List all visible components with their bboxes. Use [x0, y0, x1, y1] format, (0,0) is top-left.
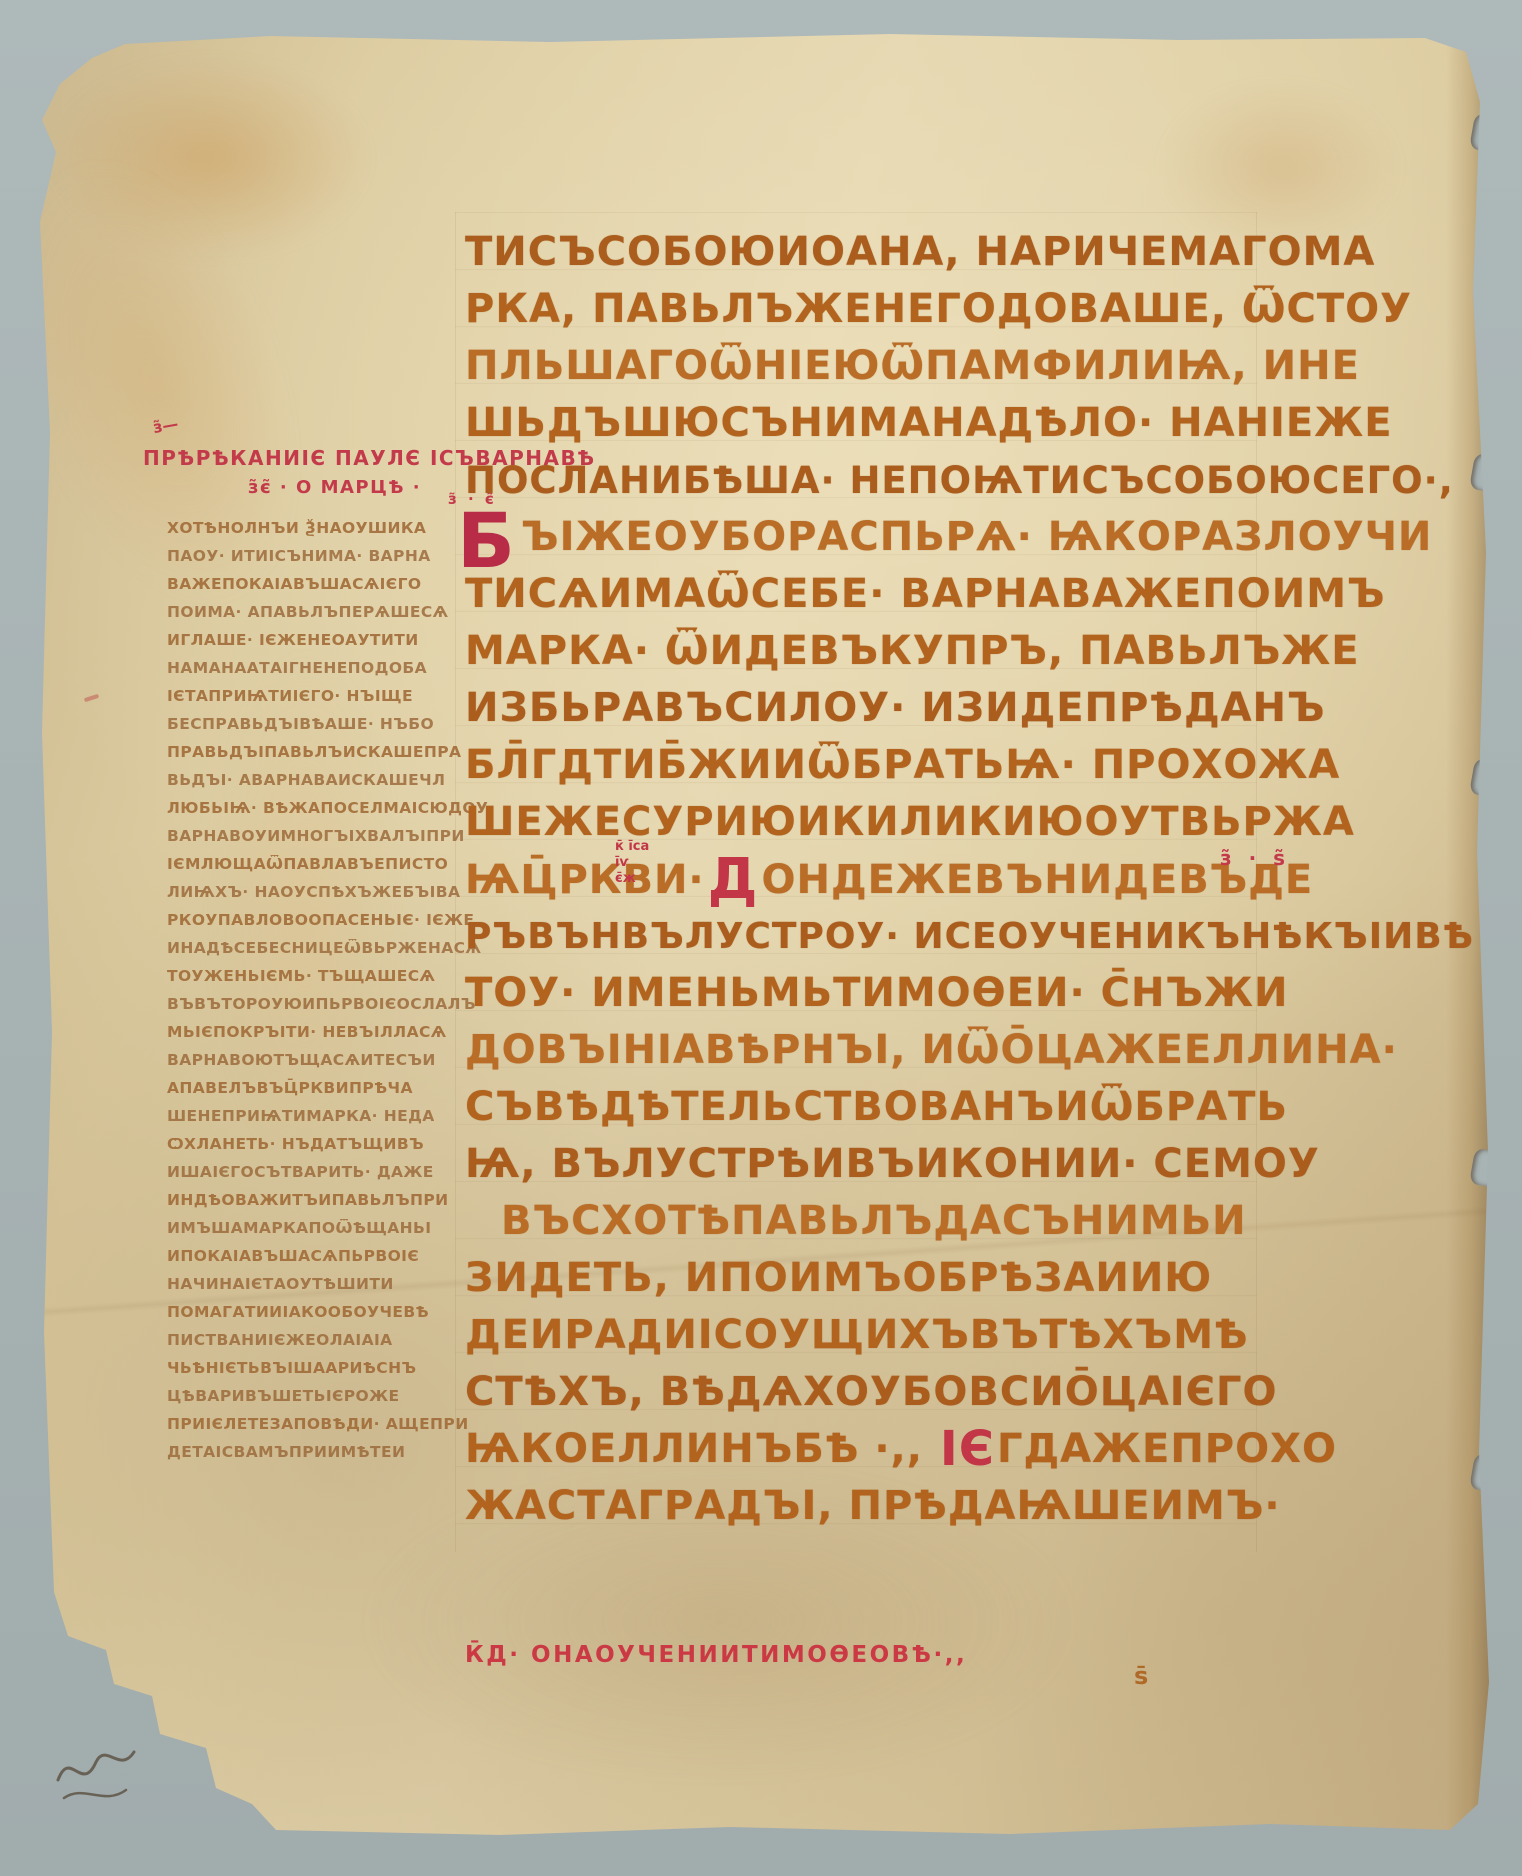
red-gloss-row: і̄ѵ — [615, 855, 695, 871]
margin-rubric-subtitle-text: · О МАРЦѢ · — [272, 477, 421, 498]
path — [64, 1790, 126, 1798]
margin-commentary-line: ИШАІЄГОСЪТВАРИТЬ· ДАЖЕ — [167, 1158, 467, 1186]
red-gloss: к̄ і̄саі̄ѵє̄ж — [615, 839, 695, 887]
rubricated-initial: ІЄ — [940, 1421, 995, 1477]
text-segment: ИЗБЬРАВЪСИЛОУ· ИЗИДЕПРѢДАНЪ — [465, 685, 1326, 731]
text-segment: ѨКОЕЛЛИНЪБѢ ·,, — [465, 1426, 938, 1472]
binding-notch — [1469, 453, 1503, 493]
margin-commentary-line: ІЄТАПРИѨТИІЄГО· НЪІЩЕ — [167, 682, 467, 710]
margin-commentary-line: ПОМАГАТИИІАКООБОУЧЕВѢ — [167, 1298, 467, 1326]
text-line: ШЕЖЕСУРИЮИКИЛИКИЮОУТВЬРЖА — [465, 794, 1255, 851]
path — [58, 1752, 134, 1780]
margin-commentary-line: ШЕНЕПРИѨТИМАРКА· НЕДА — [167, 1102, 467, 1130]
text-segment: ПОСЛАНИБѢША· НЕПОѨТИСЪСОБОЮСЕГО·, — [465, 459, 1454, 502]
margin-commentary-line: ВЪВЪТОРОУЮИПЬРВОІЄОСЛАЛЪ — [167, 990, 467, 1018]
text-segment: РЪВЪНВЪЛУСТРОУ· ИСЕОУЧЕНИКЪНѢКЪІИВѢ — [465, 916, 1474, 957]
margin-commentary-line: ѺХЛАНЕТЬ· НЪДАТЪЩИВЪ — [167, 1130, 467, 1158]
text-line: ВЪСХОТѢПАВЬЛЪДАСЪНИМЬИ — [465, 1193, 1255, 1250]
text-line: ИЗБЬРАВЪСИЛОУ· ИЗИДЕПРѢДАНЪ — [465, 680, 1255, 737]
text-line: СТѢХЪ, ВѢДѦХОУБОВСИО̄ЦАІЄГО — [465, 1364, 1255, 1421]
text-line: ШЬДЪШЮСЪНИМАНАДѢЛО· НАНІЕЖЕ — [465, 395, 1255, 452]
binding-notch — [1469, 113, 1503, 153]
manuscript-photo: з̃— ПРѢРѢКАНИІЄ ПАУЛЄ ІСЪВАРНАВѢ з̃є̃ · … — [0, 0, 1522, 1876]
text-line: ПЛЬШАГОѾНІЕЮѾПАМФИЛИѨ, ИНЕ — [465, 338, 1255, 395]
margin-commentary-line: ІЄМЛЮЩАѾПАВЛАВЪЕПИСТО — [167, 850, 467, 878]
margin-commentary-line: НАЧИНАІЄТАОУТѢШИТИ — [167, 1270, 467, 1298]
text-segment: ТОУ· ИМЕНЬМЬТИМОѲЕИ· С̄НЪЖИ — [465, 970, 1288, 1016]
text-segment: ВЪСХОТѢПАВЬЛЪДАСЪНИМЬИ — [501, 1198, 1247, 1244]
margin-commentary-line: НАМАНААТАІГНЕНЕПОДОБА — [167, 654, 467, 682]
margin-commentary-line: ЧЬѢНІЄТЬВЪІШААРИѢСНЪ — [167, 1354, 467, 1382]
margin-commentary-line: ВАЖЕПОКАІАВЪШАСѦІЄГО — [167, 570, 467, 598]
rubricated-initial: Д — [708, 847, 759, 912]
margin-commentary-line: ИНДѢОВАЖИТЪИПАВЬЛЪПРИ — [167, 1186, 467, 1214]
red-gloss-row: к̄ і̄са — [615, 839, 695, 855]
margin-commentary-line: ПРАВЬДЪІПАВЬЛЪИСКАШЕПРА — [167, 738, 467, 766]
margin-commentary-line: ИПОКАІАВЪШАСѦПЬРВОІЄ — [167, 1242, 467, 1270]
margin-commentary-line: ВАРНАВОУИМНОГЪІХВАЛЪІПРИ — [167, 822, 467, 850]
text-line: БЛ̄ГДТИБ̄ЖИИѾБРАТЬѨ· ПРОХОЖА — [465, 737, 1255, 794]
margin-commentary-line: ПАОУ· ИТИІСЪНИМА· ВАРНА — [167, 542, 467, 570]
text-line: ЗИДЕТЬ, ИПОИМЪОБРѢЗАИИЮ — [465, 1250, 1255, 1307]
text-segment: СЪВѢДѢТЕЛЬСТВОВАНЪИѾБРАТЬ — [465, 1084, 1288, 1130]
text-segment: ТИСѦИМАѾСЕБЕ· ВАРНАВАЖЕПОИМЪ — [465, 571, 1386, 617]
margin-commentary-line: ИГЛАШЕ· ІЄЖЕНЕОАУТИТИ — [167, 626, 467, 654]
text-segment: ШЬДЪШЮСЪНИМАНАДѢЛО· НАНІЕЖЕ — [465, 400, 1393, 446]
text-segment: Ѩ, ВЪЛУСТРѢИВЪИКОНИИ· СЕМОУ — [465, 1141, 1320, 1187]
text-line: ЖАСТАГРАДЪІ, ПРѢДАѨШЕИМЪ· — [465, 1478, 1255, 1535]
text-segment: ДЕИРАДИІСОУЩИХЪВЪТѢХЪМѢ — [465, 1312, 1249, 1358]
margin-rubric-subtitle: з̃є̃ · О МАРЦѢ · — [248, 477, 421, 498]
binding-notch — [1469, 1453, 1503, 1493]
margin-commentary-line: АПАВЕЛЪВЪЦ̄РКВИПРѢЧА — [167, 1074, 467, 1102]
margin-commentary-line: ЛИѨХЪ· НАОУСПѢХЪЖЕБЪІВА — [167, 878, 467, 906]
text-line: ѨЦ̄РКВИ·ДОНДЕЖЕВЪНИДЕВЪДЕк̄ і̄саі̄ѵє̄ж — [465, 851, 1255, 908]
text-segment: ТИСЪСОБОЮИОАНА, НАРИЧЕМАГОМА — [465, 229, 1375, 275]
text-segment: ЖАСТАГРАДЪІ, ПРѢДАѨШЕИМЪ· — [465, 1483, 1281, 1529]
text-segment: МАРКА· ѾИДЕВЪКУПРЪ, ПАВЬЛЪЖЕ — [465, 628, 1360, 674]
text-line: МАРКА· ѾИДЕВЪКУПРЪ, ПАВЬЛЪЖЕ — [465, 623, 1255, 680]
margin-commentary-line: ИМЪШАМАРКАПОѾѢЩАНЬІ — [167, 1214, 467, 1242]
text-segment: ШЕЖЕСУРИЮИКИЛИКИЮОУТВЬРЖА — [465, 799, 1355, 845]
text-segment: РКА, ПАВЬЛЪЖЕНЕГОДОВАШЕ, ѾСТОУ — [465, 286, 1412, 332]
text-line: ѨКОЕЛЛИНЪБѢ ·,, ІЄГДАЖЕПРОХО — [465, 1421, 1255, 1478]
text-line: ДЕИРАДИІСОУЩИХЪВЪТѢХЪМѢ — [465, 1307, 1255, 1364]
margin-commentary-line: ВАРНАВОЮТЪЩАСѦИТЕСЪИ — [167, 1046, 467, 1074]
main-text: ТИСЪСОБОЮИОАНА, НАРИЧЕМАГОМАРКА, ПАВЬЛЪЖ… — [465, 224, 1255, 1535]
text-line: Ѩ, ВЪЛУСТРѢИВЪИКОНИИ· СЕМОУ — [465, 1136, 1255, 1193]
margin-commentary: ХОТѢНОЛНЪИ ѮНАОУШИКАПАОУ· ИТИІСЪНИМА· ВА… — [167, 514, 467, 1466]
text-segment: ДОВЪІНІАВѢРНЪІ, ИѾО̄ЦАЖЕЕЛЛИНА· — [465, 1027, 1398, 1073]
margin-commentary-line: МЬІЄПОКРЪІТИ· НЕВЪІЛЛАСѦ — [167, 1018, 467, 1046]
text-segment: СТѢХЪ, ВѢДѦХОУБОВСИО̄ЦАІЄГО — [465, 1369, 1278, 1415]
margin-commentary-line: ДЕТАІСВАМЪПРИИМѢТЕИ — [167, 1438, 467, 1466]
red-gloss-row: є̄ж — [615, 871, 695, 887]
margin-commentary-line: РКОУПАВЛОВООПАСЕНЬІЄ· ІЄЖЕ — [167, 906, 467, 934]
text-line: ТИСѦИМАѾСЕБЕ· ВАРНАВАЖЕПОИМЪ — [465, 566, 1255, 623]
binding-notch — [1469, 758, 1503, 798]
margin-commentary-line: ИНАДѢСЕБЕСНИЦЕѾВЬРЖЕНАСѦ — [167, 934, 467, 962]
margin-commentary-line: ВЬДЪІ· АВАРНАВАИСКАШЕЧЛ — [167, 766, 467, 794]
text-line: ТОУ· ИМЕНЬМЬТИМОѲЕИ· С̄НЪЖИ — [465, 965, 1255, 1022]
margin-commentary-line: ЦѢВАРИВЪШЕТЬІЄРОЖЕ — [167, 1382, 467, 1410]
margin-commentary-line: ПИСТВАНИІЄЖЕОЛАІАІА — [167, 1326, 467, 1354]
right-margin-number-mark: з̃ · ѕ̃ — [1220, 846, 1290, 870]
text-line: РКА, ПАВЬЛЪЖЕНЕГОДОВАШЕ, ѾСТОУ — [465, 281, 1255, 338]
ink-scribble — [52, 1740, 172, 1815]
text-segment: БЛ̄ГДТИБ̄ЖИИѾБРАТЬѨ· ПРОХОЖА — [465, 742, 1340, 788]
margin-commentary-line: ПРИІЄЛЕТЕЗАПОВѢДИ· АЩЕПРИ — [167, 1410, 467, 1438]
text-segment: ЪІЖЕОУБОРАСПЬРѦ· ѨКОРАЗЛОУЧИ — [521, 514, 1432, 560]
margin-commentary-line: БЕСПРАВЬДЪІВѢАШЕ· НЪБО — [167, 710, 467, 738]
margin-commentary-line: ТОУЖЕНЬІЄМЬ· ТЪЩАШЕСѦ — [167, 962, 467, 990]
binding-notch — [1469, 1148, 1503, 1188]
chapter-rubric: К̄Д· ОНАОУЧЕНИИТИМОѲЕОВѢ·,, — [465, 1642, 967, 1668]
text-line: СЪВѢДѢТЕЛЬСТВОВАНЪИѾБРАТЬ — [465, 1079, 1255, 1136]
margin-rubric-number: з̃є̃ — [248, 477, 272, 498]
text-segment: ПЛЬШАГОѾНІЕЮѾПАМФИЛИѨ, ИНЕ — [465, 343, 1360, 389]
text-segment: ЗИДЕТЬ, ИПОИМЪОБРѢЗАИИЮ — [465, 1255, 1212, 1301]
margin-commentary-line: ЛЮБЬІѨ· ВѢЖАПОСЕЛМАІСЮДОУ — [167, 794, 467, 822]
text-line: ПОСЛАНИБѢША· НЕПОѨТИСЪСОБОЮСЕГО·, — [465, 452, 1255, 509]
text-line: РЪВЪНВЪЛУСТРОУ· ИСЕОУЧЕНИКЪНѢКЪІИВѢ — [465, 908, 1255, 965]
text-line: ДОВЪІНІАВѢРНЪІ, ИѾО̄ЦАЖЕЕЛЛИНА· — [465, 1022, 1255, 1079]
margin-commentary-line: ХОТѢНОЛНЪИ ѮНАОУШИКА — [167, 514, 467, 542]
text-line: ТИСЪСОБОЮИОАНА, НАРИЧЕМАГОМА — [465, 224, 1255, 281]
quire-signature: ѕ̄ — [1134, 1662, 1148, 1690]
text-line: БЪІЖЕОУБОРАСПЬРѦ· ѨКОРАЗЛОУЧИ — [465, 509, 1255, 566]
text-segment: ГДАЖЕПРОХО — [997, 1426, 1337, 1472]
margin-commentary-line: ПОИМА· АПАВЬЛЪПЕРѦШЕСѦ — [167, 598, 467, 626]
